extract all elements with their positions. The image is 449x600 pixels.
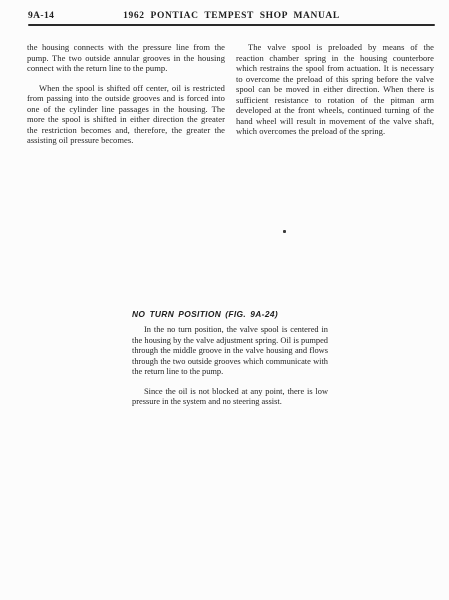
header-rule (28, 24, 435, 26)
paragraph: the housing connects with the pressure l… (27, 42, 225, 74)
section-heading: NO TURN POSITION (FIG. 9A-24) (132, 309, 328, 319)
page-header: 9A-14 1962 PONTIAC TEMPEST SHOP MANUAL (28, 10, 435, 23)
left-column: the housing connects with the pressure l… (27, 42, 225, 155)
page-title: 1962 PONTIAC TEMPEST SHOP MANUAL (28, 11, 435, 21)
right-column: The valve spool is preloaded by means of… (236, 42, 434, 146)
paragraph: The valve spool is preloaded by means of… (236, 42, 434, 137)
paragraph: When the spool is shifted off center, oi… (27, 83, 225, 146)
paragraph: Since the oil is not blocked at any poin… (132, 387, 328, 408)
paragraph: In the no turn position, the valve spool… (132, 325, 328, 378)
manual-page: 9A-14 1962 PONTIAC TEMPEST SHOP MANUAL t… (0, 0, 449, 600)
no-turn-position-section: NO TURN POSITION (FIG. 9A-24) In the no … (132, 309, 328, 417)
ink-speck (283, 230, 286, 233)
